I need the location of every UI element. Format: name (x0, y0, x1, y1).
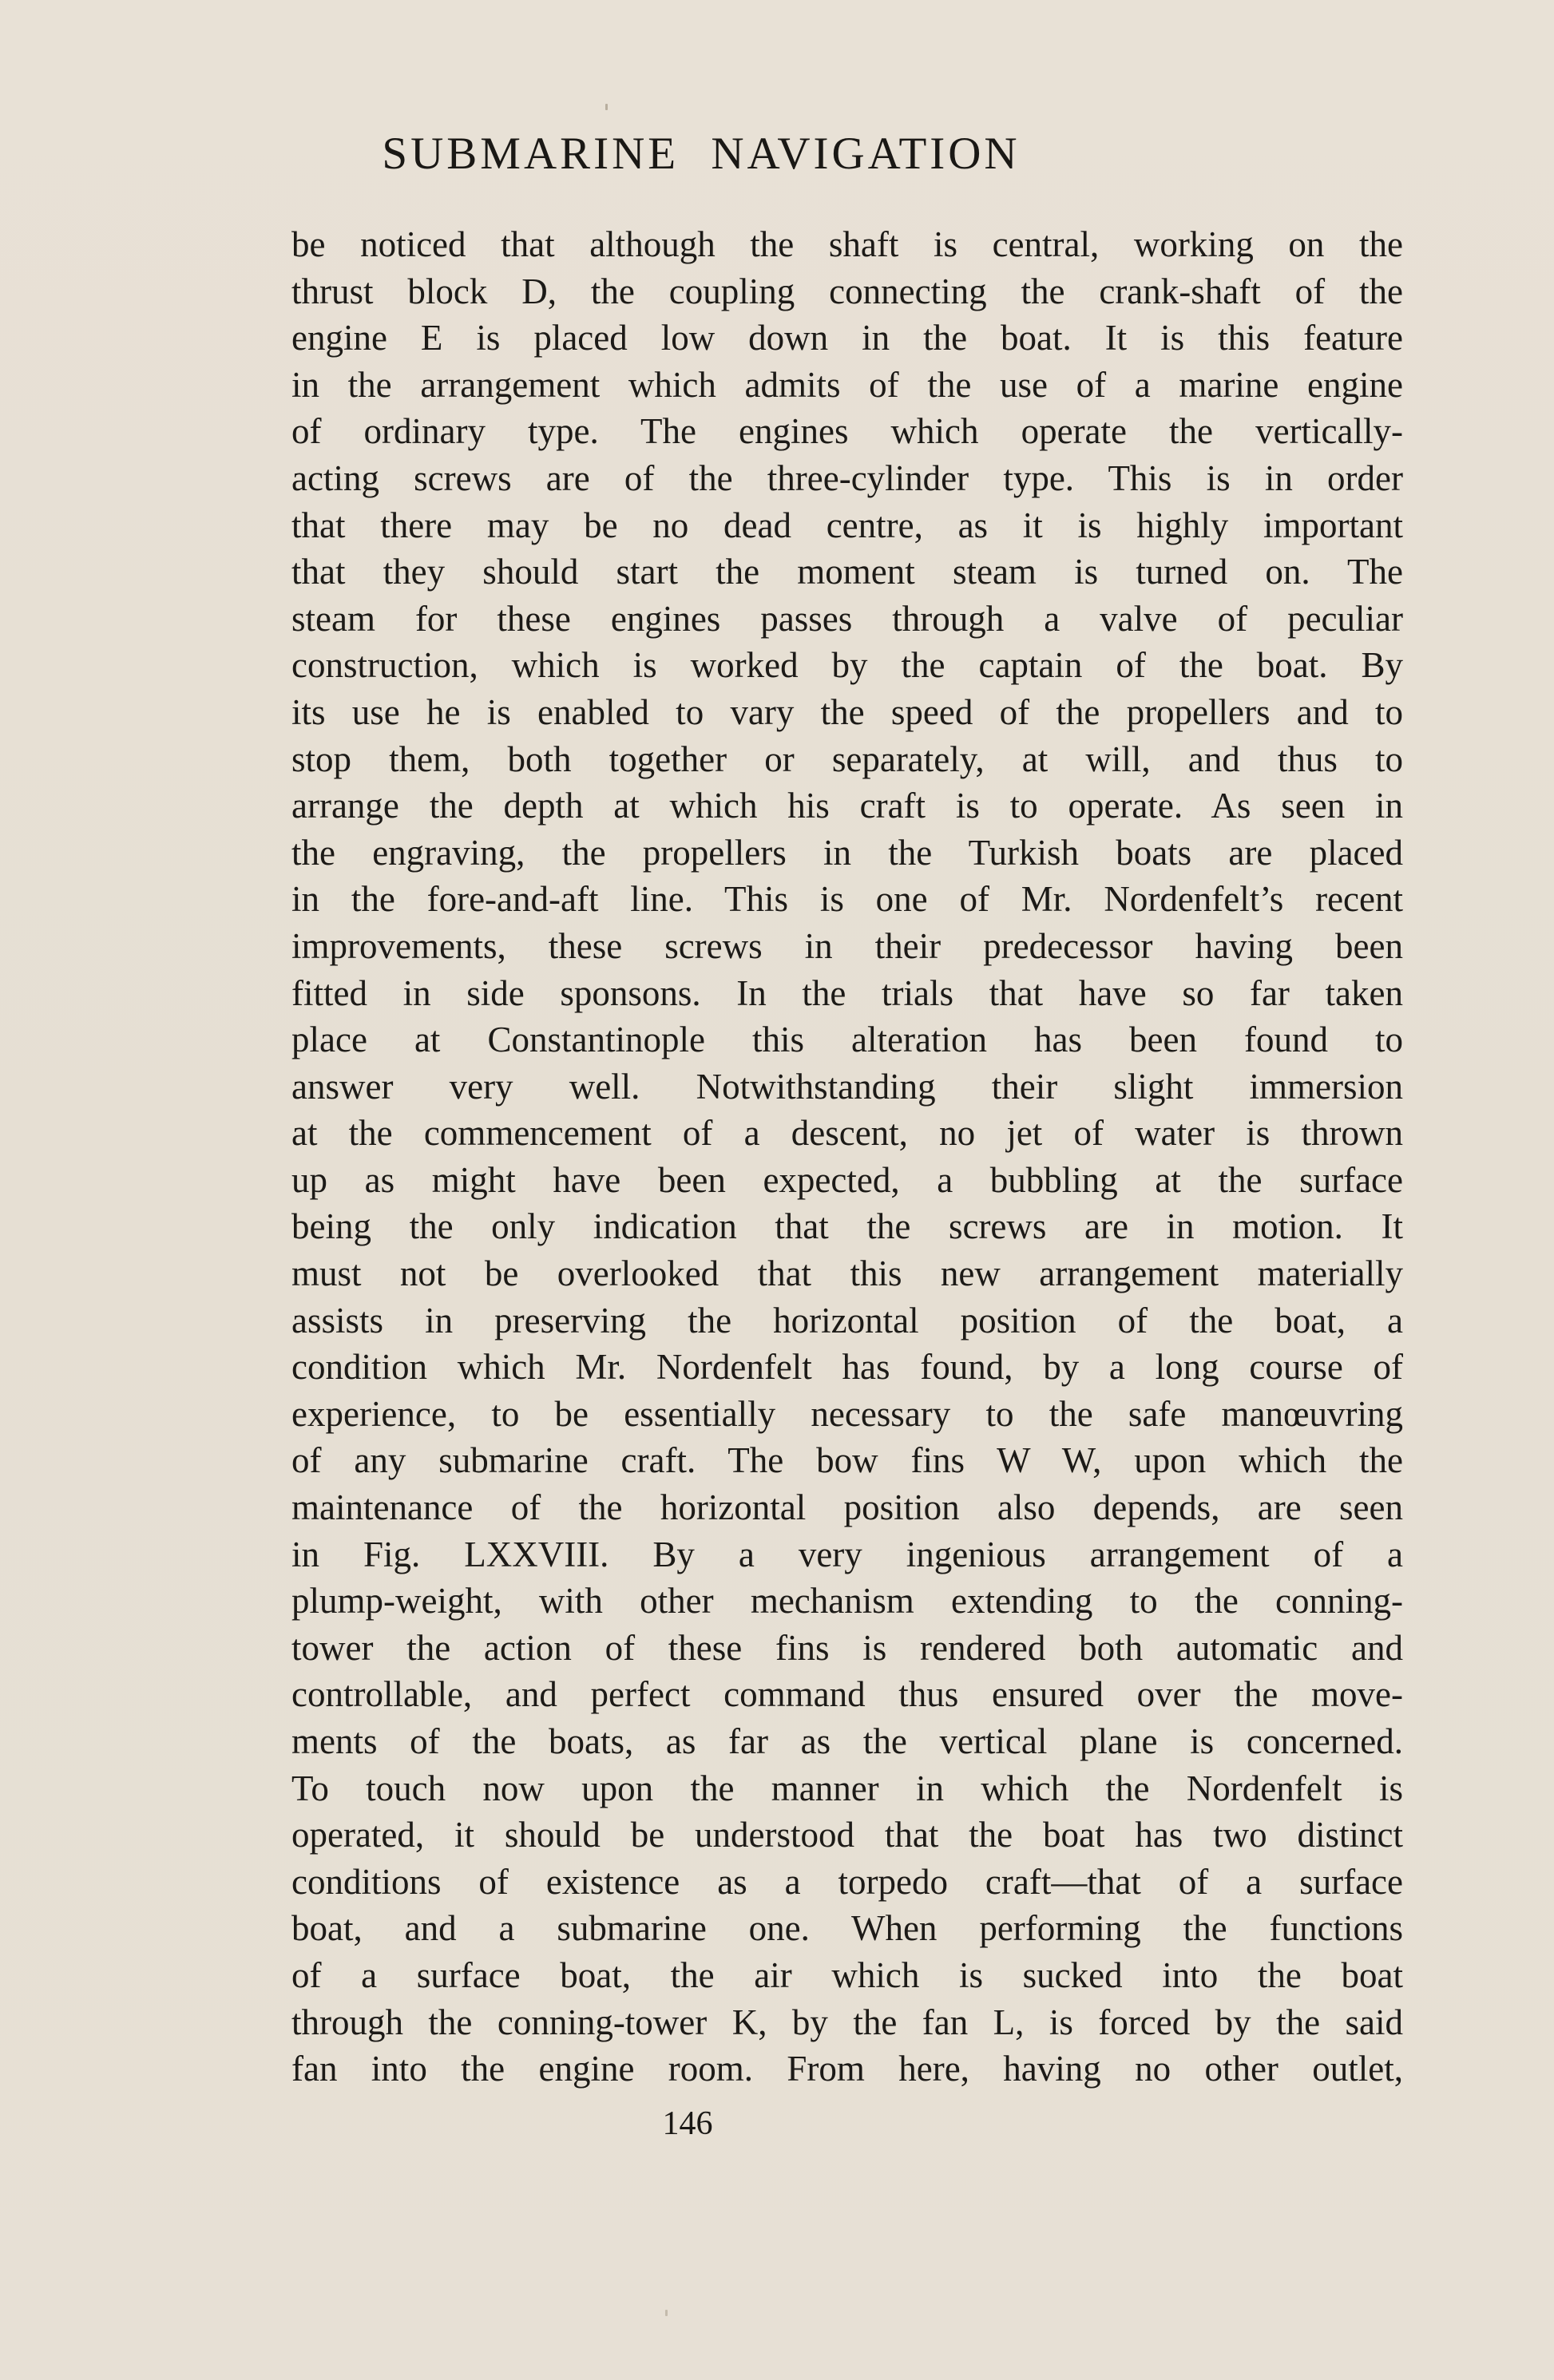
text-line: thrust block D, the coupling connecting … (291, 268, 1403, 315)
text-line: operated, it should be understood that t… (291, 1812, 1403, 1859)
text-line: arrange the depth at which his craft is … (291, 782, 1403, 830)
text-line: maintenance of the horizontal position a… (291, 1484, 1403, 1531)
text-line: through the conning-tower K, by the fan … (291, 1999, 1403, 2046)
text-line: fitted in side sponsons. In the trials t… (291, 970, 1403, 1017)
text-line: the engraving, the propellers in the Tur… (291, 830, 1403, 877)
text-line: in the arrangement which admits of the u… (291, 362, 1403, 409)
text-line: conditions of existence as a torpedo cra… (291, 1859, 1403, 1906)
text-line: being the only indication that the screw… (291, 1203, 1403, 1250)
text-line: must not be overlooked that this new arr… (291, 1250, 1403, 1297)
text-line: fan into the engine room. From here, hav… (291, 2045, 1403, 2093)
text-line: assists in preserving the horizontal pos… (291, 1297, 1403, 1344)
text-line: of ordinary type. The engines which oper… (291, 408, 1403, 455)
text-line: ments of the boats, as far as the vertic… (291, 1718, 1403, 1765)
text-line: be noticed that although the shaft is ce… (291, 221, 1403, 268)
text-line: its use he is enabled to vary the speed … (291, 689, 1403, 736)
text-line: improvements, these screws in their pred… (291, 923, 1403, 970)
text-line: To touch now upon the manner in which th… (291, 1765, 1403, 1812)
text-line: tower the action of these fins is render… (291, 1625, 1403, 1672)
text-line: of any submarine craft. The bow fins W W… (291, 1437, 1403, 1484)
text-line: place at Constantinople this alteration … (291, 1016, 1403, 1063)
text-line: answer very well. Notwithstanding their … (291, 1063, 1403, 1111)
book-page: SUBMARINE NAVIGATION be noticed that alt… (0, 0, 1554, 2380)
page-number: 146 (0, 2105, 1465, 2143)
text-line: that they should start the moment steam … (291, 548, 1403, 596)
text-line: in Fig. LXXVIII. By a very ingenious arr… (291, 1531, 1403, 1578)
text-line: plump-weight, with other mechanism exten… (291, 1578, 1403, 1625)
text-line: that there may be no dead centre, as it … (291, 502, 1403, 549)
text-line: steam for these engines passes through a… (291, 596, 1403, 643)
text-line: condition which Mr. Nordenfelt has found… (291, 1344, 1403, 1391)
text-line: of a surface boat, the air which is suck… (291, 1952, 1403, 1999)
text-line: boat, and a submarine one. When performi… (291, 1905, 1403, 1952)
text-line: up as might have been expected, a bubbli… (291, 1157, 1403, 1204)
text-line: engine E is placed low down in the boat.… (291, 315, 1403, 362)
body-text: be noticed that although the shaft is ce… (291, 221, 1403, 2093)
text-line: experience, to be essentially necessary … (291, 1391, 1403, 1438)
text-line: construction, which is worked by the cap… (291, 642, 1403, 689)
paper-blemish (665, 2310, 668, 2316)
text-line: controllable, and perfect command thus e… (291, 1671, 1403, 1718)
text-line: in the fore-and-aft line. This is one of… (291, 876, 1403, 923)
paper-blemish (605, 104, 608, 110)
running-head: SUBMARINE NAVIGATION (0, 128, 1478, 180)
text-line: stop them, both together or separately, … (291, 736, 1403, 783)
text-line: acting screws are of the three-cylinder … (291, 455, 1403, 502)
text-line: at the commencement of a descent, no jet… (291, 1110, 1403, 1157)
